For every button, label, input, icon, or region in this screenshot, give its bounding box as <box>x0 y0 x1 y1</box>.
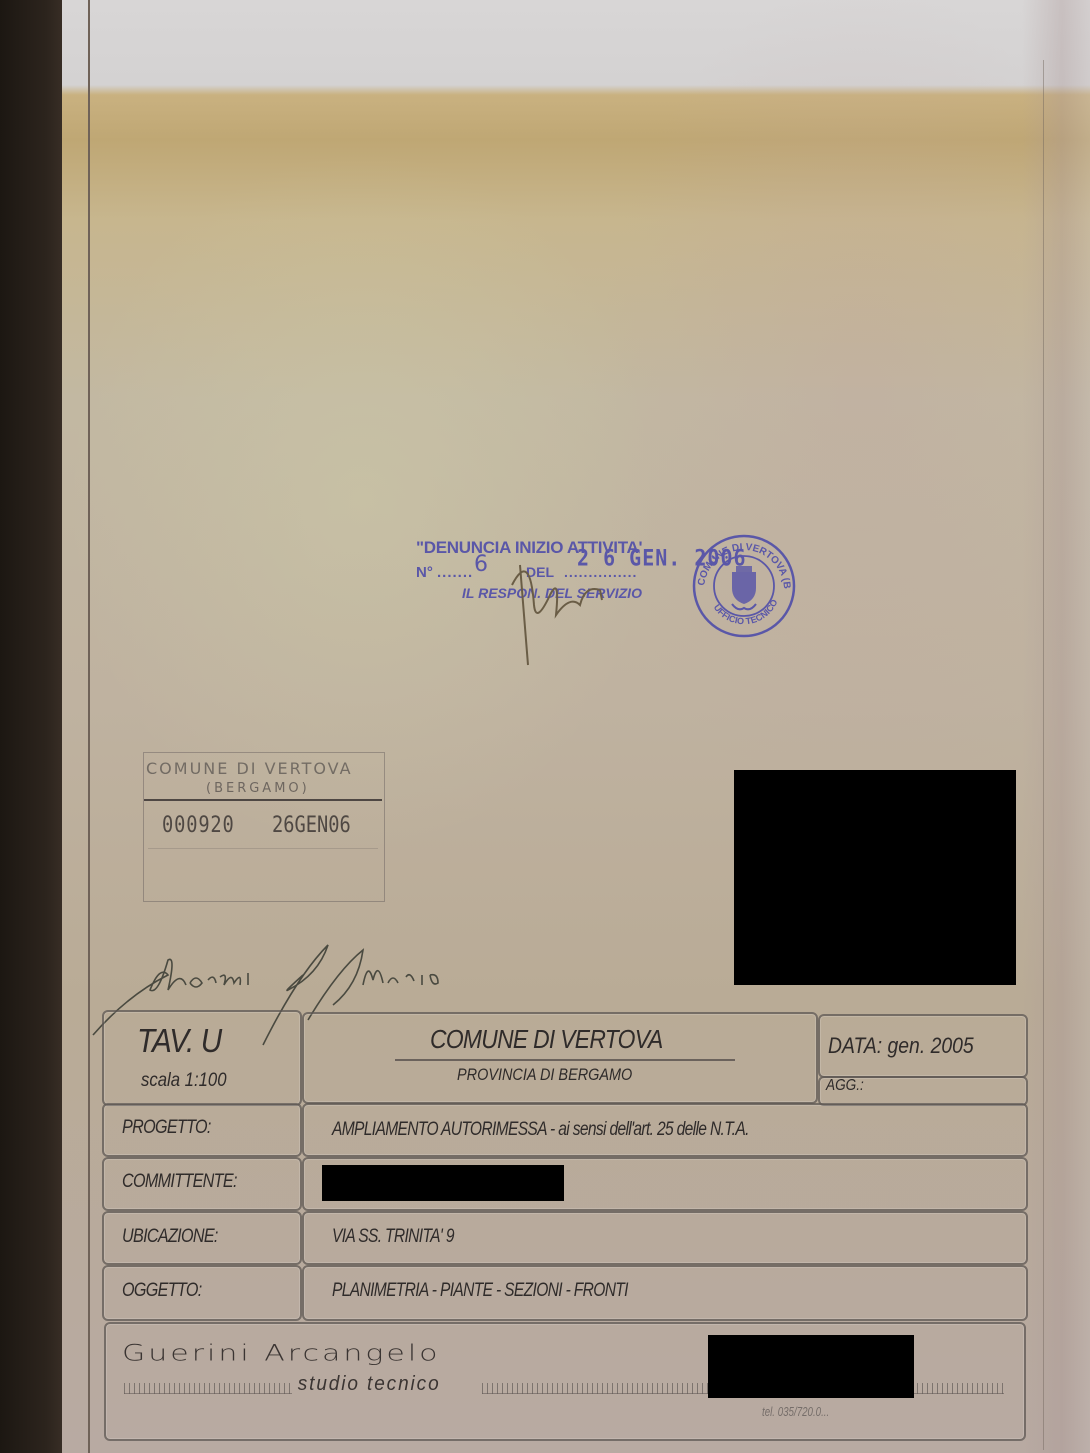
registry-rule <box>144 799 382 801</box>
protocol-registry-stamp: COMUNE DI VERTOVA (BERGAMO) 000920 26GEN… <box>143 752 385 902</box>
date-label: DATA: gen. 2005 <box>828 1033 974 1059</box>
progetto-label: PROGETTO: <box>122 1117 211 1139</box>
registry-municipality: COMUNE DI VERTOVA <box>146 759 353 778</box>
municipality-underline <box>395 1059 735 1061</box>
registry-province: (BERGAMO) <box>206 781 310 796</box>
committente-redaction <box>322 1165 564 1201</box>
redaction-block <box>734 770 1016 985</box>
ubicazione-value: VIA SS. TRINITA' 9 <box>332 1226 454 1248</box>
dia-n-label: N° <box>416 564 433 581</box>
drawing-border-left <box>88 0 90 1453</box>
round-municipal-stamp: COMUNE DI VERTOVA (BG) UFFICIO TECNICO <box>688 530 800 638</box>
ubicazione-label: UBICAZIONE: <box>122 1226 218 1248</box>
dia-n-dots: ....... <box>437 564 473 581</box>
ruler-decoration-left <box>124 1383 292 1394</box>
registry-date: 26GEN06 <box>272 813 351 838</box>
progetto-value: AMPLIAMENTO AUTORIMESSA - ai sensi dell'… <box>332 1119 749 1141</box>
municipality-name: COMUNE DI VERTOVA <box>430 1024 663 1055</box>
studio-subtitle: studio tecnico <box>298 1373 441 1396</box>
province-name: PROVINCIA DI BERGAMO <box>457 1065 632 1085</box>
dia-number-value: 6 <box>474 552 488 577</box>
coat-of-arms-icon <box>732 566 756 609</box>
drawing-border-right <box>1043 60 1044 1450</box>
studio-contact-redaction <box>708 1335 914 1398</box>
official-signature <box>490 545 640 670</box>
studio-logo-name: Guerini Arcangelo <box>122 1340 441 1366</box>
registry-faded-lines <box>148 848 378 897</box>
oggetto-value: PLANIMETRIA - PIANTE - SEZIONI - FRONTI <box>332 1280 628 1302</box>
drawing-scale: scala 1:100 <box>141 1070 227 1092</box>
studio-phone: tel. 035/720.0... <box>762 1404 829 1419</box>
sheet-number: TAV. U <box>137 1022 221 1060</box>
oggetto-label: OGGETTO: <box>122 1280 202 1302</box>
dia-number-label: N° ....... <box>416 564 473 581</box>
committente-label: COMMITTENTE: <box>122 1171 237 1193</box>
dark-background-edge <box>0 0 66 1453</box>
update-label: AGG.: <box>826 1077 864 1095</box>
registry-protocol-number: 000920 <box>162 813 235 838</box>
